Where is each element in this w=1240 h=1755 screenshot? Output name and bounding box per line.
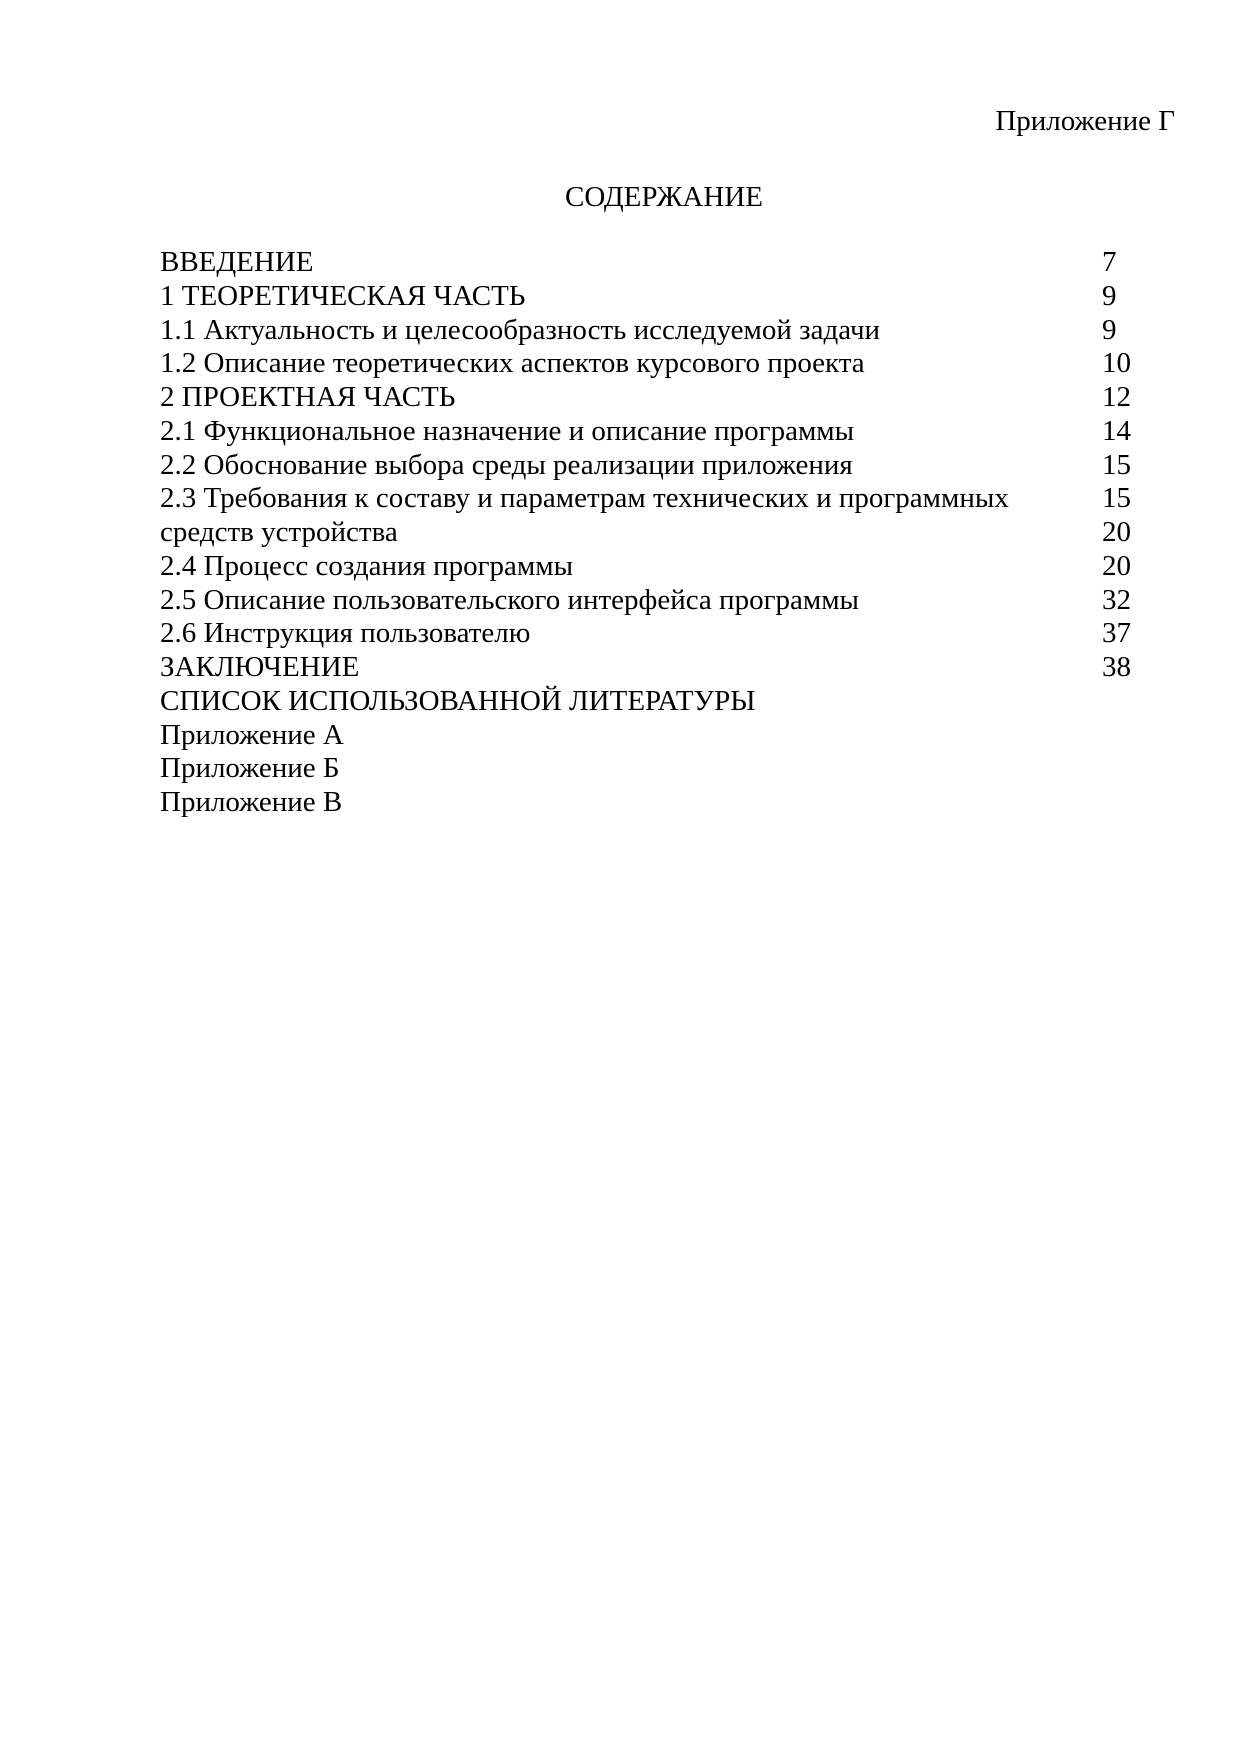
toc-entry: 1 ТЕОРЕТИЧЕСКАЯ ЧАСТЬ9 [160,280,1160,314]
appendix-label: Приложение Г [995,104,1175,138]
toc-entry-title: 1 ТЕОРЕТИЧЕСКАЯ ЧАСТЬ [160,280,525,314]
toc-entry: Приложение А [160,719,1160,753]
toc-entry-title: Приложение Б [160,752,340,786]
toc-entry-page: 15 [1102,449,1131,483]
toc-entry: 2.3 Требования к составу и параметрам те… [160,482,1160,516]
toc-entry-page: 15 [1102,482,1131,516]
toc-entry-title: 2.4 Процесс создания программы [160,550,573,584]
toc-entry-page: 37 [1102,617,1131,651]
toc-entry-title: 2.3 Требования к составу и параметрам те… [160,482,1009,516]
toc-entry-title: СПИСОК ИСПОЛЬЗОВАННОЙ ЛИТЕРАТУРЫ [160,685,756,719]
toc-entry-page: 9 [1102,280,1117,314]
toc-entry-title: 2.1 Функциональное назначение и описание… [160,415,854,449]
toc-entry-title: ЗАКЛЮЧЕНИЕ [160,651,359,685]
toc-entry: 2 ПРОЕКТНАЯ ЧАСТЬ12 [160,381,1160,415]
toc-entry-title: 2 ПРОЕКТНАЯ ЧАСТЬ [160,381,455,415]
toc-entry: 2.6 Инструкция пользователю37 [160,617,1160,651]
toc-entry: ВВЕДЕНИЕ7 [160,246,1160,280]
toc-entry: ЗАКЛЮЧЕНИЕ38 [160,651,1160,685]
toc-title: СОДЕРЖАНИЕ [0,180,1240,214]
toc-entry-title: 2.2 Обоснование выбора среды реализации … [160,449,853,483]
toc-entry-page: 12 [1102,381,1131,415]
toc-entry-page: 20 [1102,516,1131,550]
toc-entry: СПИСОК ИСПОЛЬЗОВАННОЙ ЛИТЕРАТУРЫ [160,685,1160,719]
toc-entry-title: 1.2 Описание теоретических аспектов курс… [160,347,865,381]
toc-entry-page: 38 [1102,651,1131,685]
toc-entry: Приложение В [160,786,1160,820]
toc-entry-page: 14 [1102,415,1131,449]
toc-entry: 2.1 Функциональное назначение и описание… [160,415,1160,449]
toc-entry-title: 1.1 Актуальность и целесообразность иссл… [160,314,880,348]
toc-entry: 2.4 Процесс создания программы20 [160,550,1160,584]
toc-entry: 2.2 Обоснование выбора среды реализации … [160,449,1160,483]
toc-entry-title: Приложение В [160,786,342,820]
toc-entry-title: средств устройства [160,516,398,550]
toc-entry-title: 2.6 Инструкция пользователю [160,617,530,651]
toc-entry-title: 2.5 Описание пользовательского интерфейс… [160,584,859,618]
toc-entry: Приложение Б [160,752,1160,786]
toc-entry: 1.2 Описание теоретических аспектов курс… [160,347,1160,381]
toc-entry: 2.5 Описание пользовательского интерфейс… [160,584,1160,618]
toc-entry-page: 7 [1102,246,1117,280]
toc-entry-page: 9 [1102,314,1117,348]
table-of-contents: ВВЕДЕНИЕ71 ТЕОРЕТИЧЕСКАЯ ЧАСТЬ91.1 Актуа… [160,246,1160,820]
toc-entry-page: 32 [1102,584,1131,618]
toc-entry-page: 20 [1102,550,1131,584]
toc-entry-page: 10 [1102,347,1131,381]
toc-entry: 1.1 Актуальность и целесообразность иссл… [160,314,1160,348]
toc-entry-title: Приложение А [160,719,344,753]
toc-entry: средств устройства20 [160,516,1160,550]
toc-entry-title: ВВЕДЕНИЕ [160,246,314,280]
